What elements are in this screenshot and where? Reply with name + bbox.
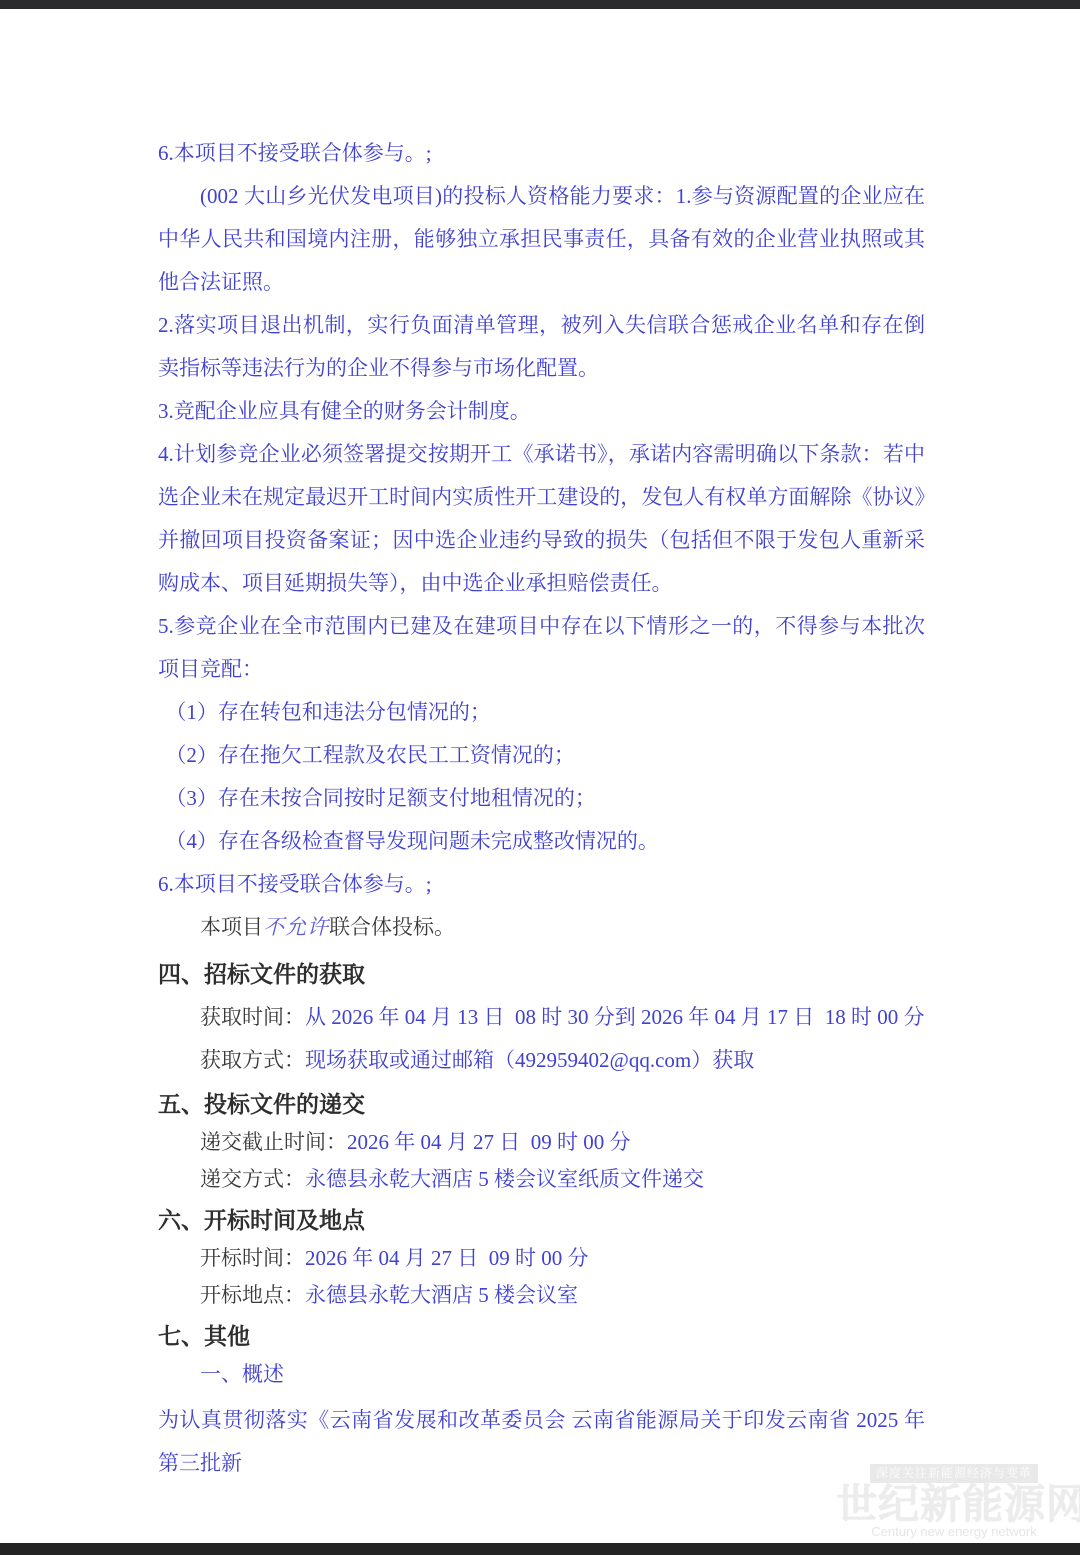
subitem-land-rent: （3）存在未按合同按时足额支付地租情况的；: [158, 777, 925, 820]
document-body: 6.本项目不接受联合体参与。; (002 大山乡光伏发电项目)的投标人资格能力要…: [0, 9, 1080, 1485]
overview-subheading: 一、概述: [158, 1356, 925, 1393]
clause-disqualifying-situations: 5.参竞企业在全市范围内已建及在建项目中存在以下情形之一的，不得参与本批次项目竞…: [158, 605, 925, 691]
joint-note-suffix: 联合体投标。: [329, 915, 455, 939]
subitem-subcontracting: （1）存在转包和违法分包情况的；: [158, 691, 925, 734]
submission-method-value: 永德县永乾大酒店 5 楼会议室纸质文件递交: [305, 1167, 704, 1191]
clause-commitment-letter: 4.计划参竞企业必须签署提交按期开工《承诺书》，承诺内容需明确以下条款：若中选企…: [158, 433, 925, 605]
site-watermark: 深度关注新能源经济与变革 世纪新能源网 Century new energy n…: [836, 1464, 1072, 1539]
opening-time-value: 2026 年 04 月 27 日 09 时 00 分: [305, 1246, 589, 1270]
clause-exit-mechanism: 2.落实项目退出机制，实行负面清单管理，被列入失信联合惩戒企业名单和存在倒卖指标…: [158, 304, 925, 390]
acquisition-time-value: 从 2026 年 04 月 13 日 08 时 30 分到 2026 年 04 …: [305, 1005, 925, 1029]
section-heading-document-acquisition: 四、招标文件的获取: [158, 953, 925, 996]
bottom-border-bar: [0, 1543, 1080, 1555]
submission-deadline-value: 2026 年 04 月 27 日 09 时 00 分: [347, 1130, 631, 1154]
submission-method-row: 递交方式：永德县永乾大酒店 5 楼会议室纸质文件递交: [158, 1161, 925, 1198]
top-border-bar: [0, 0, 1080, 9]
subitem-rectification: （4）存在各级检查督导发现问题未完成整改情况的。: [158, 820, 925, 863]
acquisition-method-label: 获取方式：: [200, 1048, 305, 1072]
section-heading-bid-submission: 五、投标文件的递交: [158, 1084, 925, 1124]
opening-location-row: 开标地点：永德县永乾大酒店 5 楼会议室: [158, 1277, 925, 1314]
subitem-wage-arrears: （2）存在拖欠工程款及农民工工资情况的；: [158, 734, 925, 777]
clause-financial-system: 3.竞配企业应具有健全的财务会计制度。: [158, 390, 925, 433]
section-heading-other: 七、其他: [158, 1316, 925, 1356]
section-heading-bid-opening: 六、开标时间及地点: [158, 1200, 925, 1240]
watermark-brand-english: Century new energy network: [836, 1525, 1072, 1539]
acquisition-time-row: 获取时间：从 2026 年 04 月 13 日 08 时 30 分到 2026 …: [158, 996, 925, 1039]
clause-project-002-qualifications: (002 大山乡光伏发电项目)的投标人资格能力要求：1.参与资源配置的企业应在中…: [158, 175, 925, 304]
submission-deadline-row: 递交截止时间：2026 年 04 月 27 日 09 时 00 分: [158, 1124, 925, 1161]
opening-time-label: 开标时间：: [200, 1246, 305, 1270]
acquisition-method-row: 获取方式：现场获取或通过邮箱（492959402@qq.com）获取: [158, 1039, 925, 1082]
joint-venture-note: 本项目不允许联合体投标。: [158, 906, 925, 949]
tender-document-page: 6.本项目不接受联合体参与。; (002 大山乡光伏发电项目)的投标人资格能力要…: [0, 0, 1080, 1555]
joint-note-emphasis: 不允许: [263, 915, 329, 939]
submission-deadline-label: 递交截止时间：: [200, 1130, 347, 1154]
acquisition-method-value: 现场获取或通过邮箱（492959402@qq.com）获取: [305, 1048, 754, 1072]
watermark-brand-logo: 世纪新能源网: [836, 1483, 1072, 1525]
submission-method-label: 递交方式：: [200, 1167, 305, 1191]
opening-location-value: 永德县永乾大酒店 5 楼会议室: [305, 1283, 578, 1307]
closing-policy-line: 为认真贯彻落实《云南省发展和改革委员会 云南省能源局关于印发云南省 2025 年…: [158, 1399, 925, 1485]
acquisition-time-label: 获取时间：: [200, 1005, 305, 1029]
clause-no-consortium-first: 6.本项目不接受联合体参与。;: [158, 132, 925, 175]
opening-location-label: 开标地点：: [200, 1283, 305, 1307]
joint-note-prefix: 本项目: [200, 915, 263, 939]
clause-no-consortium-repeat: 6.本项目不接受联合体参与。;: [158, 863, 925, 906]
opening-time-row: 开标时间：2026 年 04 月 27 日 09 时 00 分: [158, 1240, 925, 1277]
